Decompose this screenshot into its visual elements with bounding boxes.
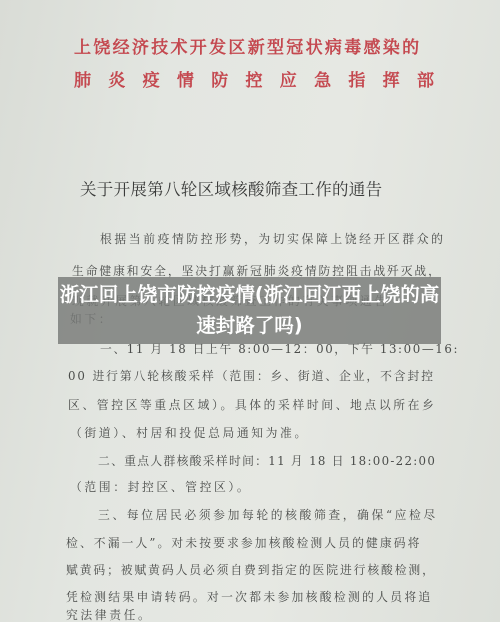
- caption-overlay-title: 浙江回上饶市防控疫情(浙江回江西上饶的高速封路了吗): [58, 279, 441, 341]
- body-line: 赋黄码；被赋黄码人员必须自费到指定的医院进行核酸检测，: [66, 561, 436, 578]
- issuer-name-text: 上饶经济技术开发区新型冠状病毒感染的: [74, 33, 421, 58]
- notice-title: 关于开展第八轮区域核酸筛查工作的通告: [80, 176, 434, 200]
- issuer-header-line-2: 肺 炎 疫 情 防 控 应 急 指 挥 部: [74, 66, 434, 91]
- header-char: 疫: [143, 66, 160, 91]
- body-line: （范围：封控区、管控区）。: [70, 478, 251, 495]
- body-line: 二、重点人群核酸采样时间：11 月 18 日 18:00-22:00: [98, 452, 436, 469]
- header-char: 应: [280, 66, 297, 91]
- issuer-header-line-1: 上饶经济技术开发区新型冠状病毒感染的: [74, 33, 434, 58]
- header-char: 情: [177, 66, 194, 91]
- header-char: 控: [245, 66, 262, 91]
- body-line: 根据当前疫情防控形势，为切实保障上饶经开区群众的: [100, 230, 446, 247]
- header-char: 部: [417, 66, 434, 91]
- body-line: 究法律责任。: [66, 606, 152, 622]
- header-char: 炎: [108, 66, 125, 91]
- body-line: 检、不漏一人”。对未按要求参加核酸检测人员的健康码将: [66, 534, 422, 551]
- header-char: 指: [348, 66, 365, 91]
- header-char: 急: [314, 66, 331, 91]
- header-char: 肺: [74, 66, 91, 91]
- body-line: 区、管控区等重点区域）。具体的采样时间、地点以所在乡: [68, 396, 436, 413]
- body-line: 00 进行第八轮核酸采样（范围：乡、街道、企业，不含封控: [68, 367, 435, 384]
- body-line: （街道）、村居和投促总局通知为准。: [70, 424, 309, 441]
- body-line: 凭检测结果申请转码。对一次都未参加核酸检测的人员将追: [66, 588, 433, 605]
- header-char: 挥: [383, 66, 400, 91]
- header-char: 防: [211, 66, 228, 91]
- body-line: 三、每位居民必须参加每轮的核酸筛查，确保“应检尽: [98, 506, 438, 523]
